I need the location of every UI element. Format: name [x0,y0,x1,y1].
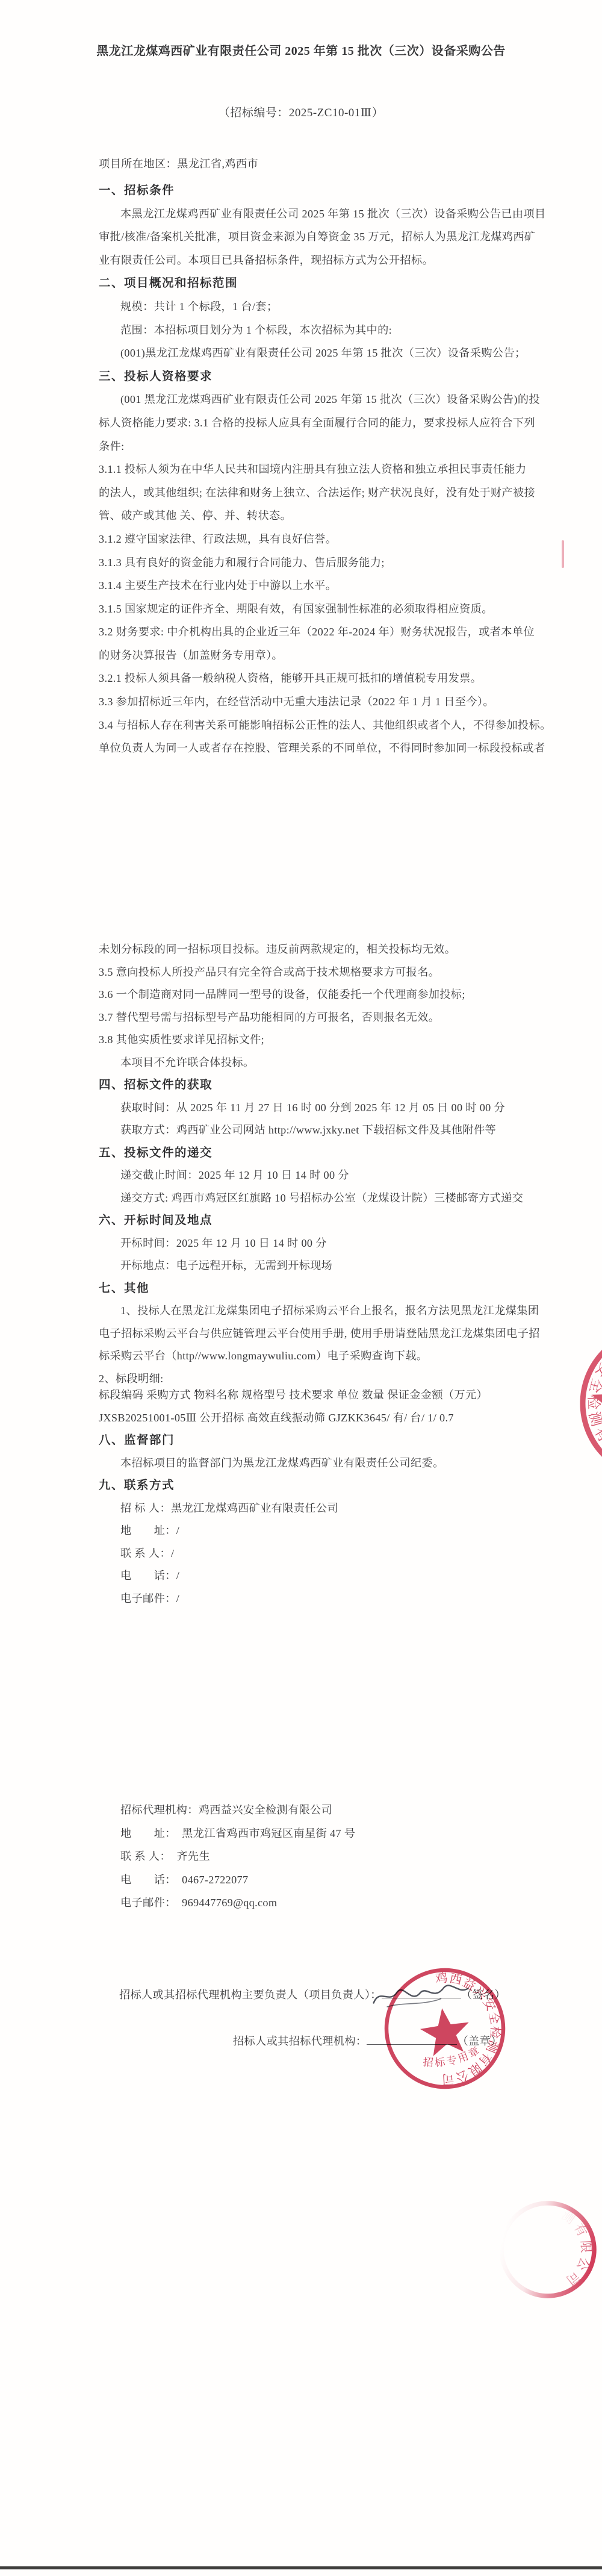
doc-line: 单位负责人为同一人或者存在控股、管理关系的不同单位，不得同时参加同一标段投标或者 [99,737,530,760]
doc-line: 电 话：/ [99,1565,530,1588]
doc-line: 本招标项目的监督部门为黑龙江龙煤鸡西矿业有限责任公司纪委。 [99,1452,530,1475]
doc-line: 未划分标段的同一招标项目投标。违反前两款规定的，相关投标均无效。 [99,938,530,961]
doc-line: 3.1.3 具有良好的资金能力和履行合同能力、售后服务能力; [99,551,530,575]
doc-line: 的财务决算报告（加盖财务专用章）。 [99,644,530,667]
agency-line-label: 招标人或其招标代理机构： [233,2035,367,2047]
doc-line: 规模：共计 1 个标段，1 台/套； [99,295,530,319]
doc-line: 电 话： 0467-2722077 [99,1868,530,1892]
doc-line: 3.1.5 国家规定的证件齐全、期限有效，有国家强制性标准的必须取得相应资质。 [99,597,530,621]
document-body-section-3: 标段编码 采购方式 物料名称 规格型号 技术要求 单位 数量 保证金金额（万元）… [99,1384,530,1610]
doc-line: 电子邮件： 969447769@qq.com [99,1891,530,1915]
edge-stamp-text: 益兴安全检测有限 [585,1337,602,1462]
doc-line: 3.1.1 投标人须为在中华人民共和国境内注册具有独立法人资格和独立承担民事责任… [99,458,530,481]
doc-line: 3.3 参加招标近三年内，在经营活动中无重大违法记录（2022 年 1 月 1 … [99,690,530,714]
doc-line: 业有限责任公司。本项目已具备招标条件，现招标方式为公开招标。 [99,249,530,272]
doc-line: 招 标 人：黑龙江龙煤鸡西矿业有限责任公司 [99,1497,530,1520]
handwritten-signature [368,1980,474,2012]
doc-line: 联 系 人： 齐先生 [99,1845,530,1868]
doc-line: 3.7 替代型号需与招标型号产品功能相同的方可报名，否则报名无效。 [99,1006,530,1029]
doc-line: 1、投标人在黑龙江龙煤集团电子招标采购云平台上报名，报名方法见黑龙江龙煤集团 [99,1300,530,1323]
document-body-section-1: 一、招标条件本黑龙江龙煤鸡西矿业有限责任公司 2025 年第 15 批次（三次）… [99,179,530,760]
doc-line: 五、投标文件的递交 [99,1142,530,1165]
agency-underline [367,2036,457,2045]
doc-line: 招标代理机构：鸡西益兴安全检测有限公司 [99,1798,530,1822]
doc-line: 本黑龙江龙煤鸡西矿业有限责任公司 2025 年第 15 批次（三次）设备采购公告… [99,202,530,226]
doc-line: 八、监督部门 [99,1429,530,1452]
signature-line-label: 招标人或其招标代理机构主要负责人（项目负责人）： [119,1989,382,2001]
faded-stamp-text: 测有限公司 [543,2207,602,2293]
doc-line: 四、招标文件的获取 [99,1074,530,1097]
faded-arc-stamp: 测有限公司 [491,2186,602,2319]
star-icon [592,1372,602,1432]
doc-line: 的法人，或其他组织; 在法律和财务上独立、合法运作; 财产状况良好，没有处于财产… [99,481,530,505]
doc-line: 联 系 人：/ [99,1542,530,1565]
doc-line: 3.5 意向投标人所投产品只有完全符合或高于技术规格要求方可报名。 [99,961,530,984]
signature-line-agency: 招标人或其招标代理机构：（盖章） [233,2033,502,2048]
doc-line: 地 址：/ [99,1520,530,1542]
scan-ink-streak [562,540,564,568]
scan-bottom-edge [0,2566,602,2569]
page-title: 黑龙江龙煤鸡西矿业有限责任公司 2025 年第 15 批次（三次）设备采购公告 [0,41,602,58]
star-icon [418,2005,473,2057]
project-region: 项目所在地区：黑龙江省,鸡西市 [99,155,258,171]
doc-line: 3.1.4 主要生产技术在行业内处于中游以上水平。 [99,574,530,597]
agency-line-suffix: （盖章） [457,2035,501,2047]
doc-line: 九、联系方式 [99,1474,530,1497]
doc-line: 一、招标条件 [99,179,530,202]
doc-line: 七、其他 [99,1277,530,1300]
doc-line: 审批/核准/备案机关批准，项目资金来源为自筹资金 35 万元，招标人为黑龙江龙煤… [99,225,530,249]
doc-line: 条件: [99,435,530,458]
doc-line: 开标时间：2025 年 12 月 10 日 14 时 00 分 [99,1232,530,1255]
doc-line: (001 黑龙江龙煤鸡西矿业有限责任公司 2025 年第 15 批次（三次）设备… [99,388,530,411]
doc-line: 3.2 财务要求: 中介机构出具的企业近三年（2022 年-2024 年）财务状… [99,620,530,644]
scanned-document-page: 黑龙江龙煤鸡西矿业有限责任公司 2025 年第 15 批次（三次）设备采购公告 … [0,0,602,2576]
doc-line: 本项目不允许联合体投标。 [99,1052,530,1074]
doc-line: (001)黑龙江龙煤鸡西矿业有限责任公司 2025 年第 15 批次（三次）设备… [99,341,530,365]
doc-line: 电子招标采购云平台与供应链管理云平台使用手册, 使用手册请登陆黑龙江龙煤集团电子… [99,1323,530,1346]
tender-number: （招标编号：2025-ZC10-01Ⅲ） [0,104,602,120]
doc-line: 管、破产或其他 关、停、并、转状态。 [99,504,530,528]
svg-text:测有限公司: 测有限公司 [543,2207,602,2293]
doc-line: 3.1.2 遵守国家法律、行政法规，具有良好信誉。 [99,528,530,551]
doc-line: 3.6 一个制造商对同一品牌同一型号的设备，仅能委托一个代理商参加投标; [99,984,530,1006]
document-body-section-2: 未划分标段的同一招标项目投标。违反前两款规定的，相关投标均无效。3.5 意向投标… [99,938,530,1390]
doc-line: 二、项目概况和招标范围 [99,272,530,295]
doc-line: 标采购云平台（http//www.longmaywuliu.com）电子采购查询… [99,1345,530,1368]
doc-line: 递交截止时间：2025 年 12 月 10 日 14 时 00 分 [99,1164,530,1187]
edge-partial-stamp: 益兴安全检测有限 [554,1322,602,1491]
doc-line: 电子邮件：/ [99,1588,530,1611]
doc-line: 递交方式: 鸡西市鸡冠区红旗路 10 号招标办公室（龙煤设计院）三楼邮寄方式递交 [99,1187,530,1210]
doc-line: JXSB20251001-05Ⅲ 公开招标 高效直线振动筛 GJZKK3645/… [99,1407,530,1430]
doc-line: 获取时间：从 2025 年 11 月 27 日 16 时 00 分到 2025 … [99,1097,530,1120]
doc-line: 六、开标时间及地点 [99,1209,530,1232]
agency-contact-block: 招标代理机构：鸡西益兴安全检测有限公司地 址： 黑龙江省鸡西市鸡冠区南星街 47… [99,1798,530,1915]
doc-line: 3.8 其他实质性要求详见招标文件; [99,1029,530,1052]
doc-line: 获取方式：鸡西矿业公司网站 http://www.jxky.net 下载招标文件… [99,1119,530,1142]
doc-line: 3.4 与招标人存在利害关系可能影响招标公正性的法人、其他组织或者个人，不得参加… [99,714,530,737]
doc-line: 3.2.1 投标人须具备一般纳税人资格，能够开具正规可抵扣的增值税专用发票。 [99,667,530,690]
svg-text:益兴安全检测有限: 益兴安全检测有限 [585,1337,602,1462]
doc-line: 标段编码 采购方式 物料名称 规格型号 技术要求 单位 数量 保证金金额（万元） [99,1384,530,1407]
doc-line: 标人资格能力要求: 3.1 合格的投标人应具有全面履行合同的能力，要求投标人应符… [99,411,530,435]
doc-line: 地 址： 黑龙江省鸡西市鸡冠区南星街 47 号 [99,1822,530,1845]
doc-line: 开标地点：电子远程开标，无需到开标现场 [99,1255,530,1277]
doc-line: 三、投标人资格要求 [99,365,530,388]
doc-line: 范围：本招标项目划分为 1 个标段，本次招标为其中的: [99,319,530,342]
